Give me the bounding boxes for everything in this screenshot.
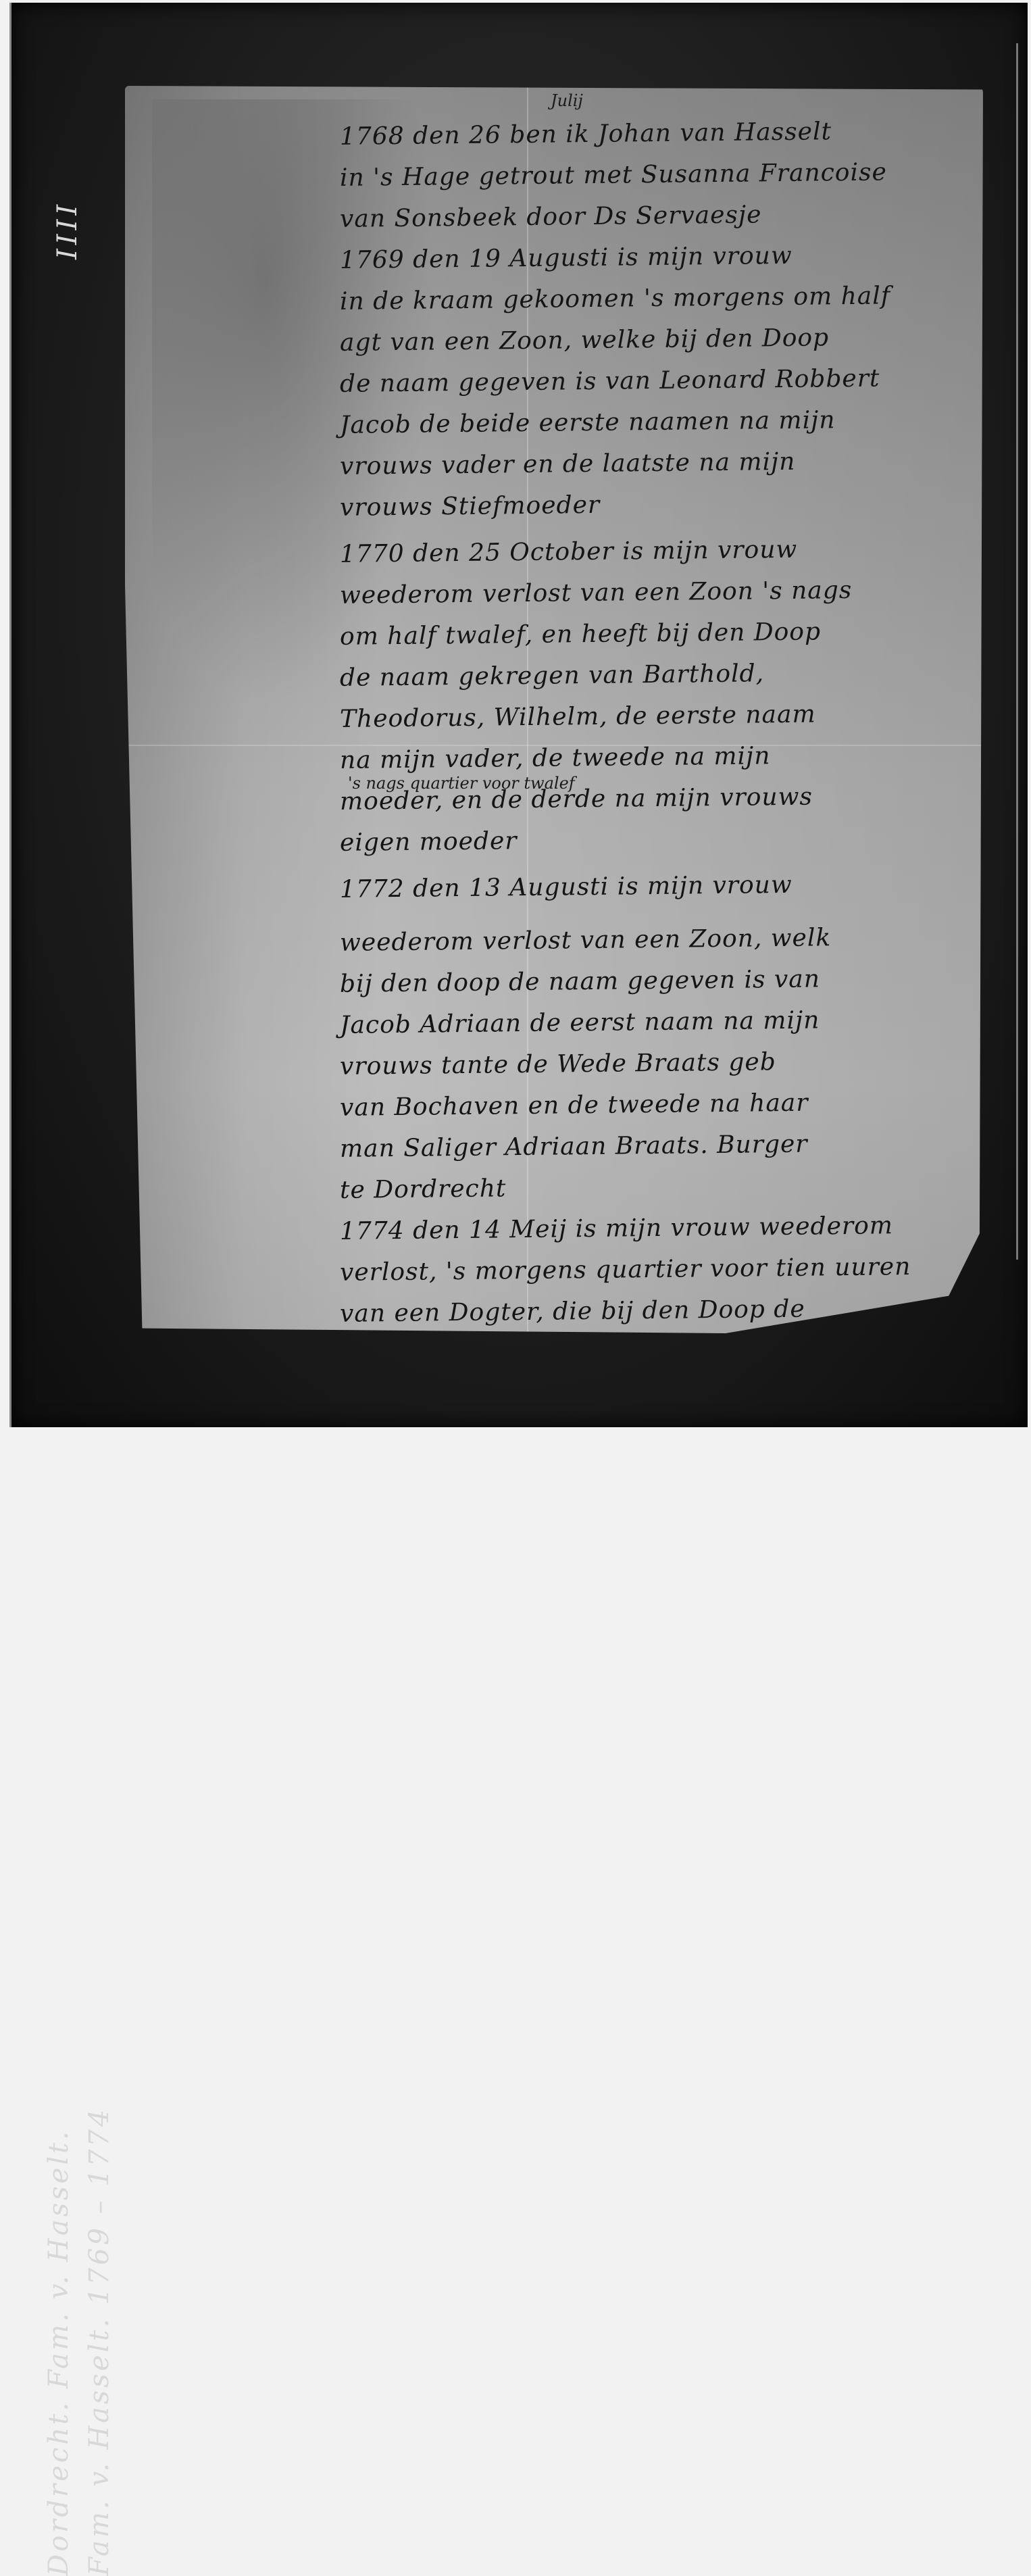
text-line: Theodorus, Wilhelm, de eerste naam — [340, 692, 969, 740]
text-line-birth-1774: 1774 den 14 Meij is mijn vrouw weederom — [340, 1204, 969, 1252]
text-line: de naam gekregen van Barthold, — [340, 651, 969, 699]
text-line: in 's Hage getrout met Susanna Francoise — [340, 151, 969, 199]
text-line: van een Dogter, die bij den Doop de — [340, 1287, 969, 1335]
text-line: na mijn vader, de tweede na mijn — [340, 733, 969, 781]
text-line: Jacob Adriaan de eerst naam na mijn — [340, 998, 969, 1046]
text-line: van Bochaven en de tweede na haar — [340, 1081, 969, 1129]
text-line: naam ontfangen heeft van Anna — [340, 1328, 969, 1376]
paper-sheet: Julij 's nags quartier voor twalef 1768 … — [125, 86, 983, 1333]
text-line: de naam gegeven is van Leonard Robbert — [340, 357, 969, 405]
margin-annotation-line: Dordrecht. Fam. v. Hasselt. — [39, 1360, 79, 1431]
margin-annotation-line: Fam. v. Hasselt. 1769 – 1774 — [79, 1360, 120, 1431]
text-line-birth-1770: 1770 den 25 October is mijn vrouw — [340, 527, 969, 575]
margin-top-marks: IIII — [52, 201, 83, 259]
text-line: weederom verlost van een Zoon 's nags — [340, 568, 969, 616]
text-line: bij den doop de naam gegeven is van — [340, 957, 969, 1005]
text-line: moeder, en de derde na mijn vrouws — [340, 774, 969, 822]
margin-annotation: Dordrecht. Fam. v. Hasselt. Fam. v. Hass… — [39, 1360, 133, 1431]
text-line: van Sonsbeek de laatste naam na tante — [340, 1410, 969, 1431]
text-line: om half twalef, en heeft bij den Doop — [340, 610, 969, 658]
text-line-birth-1772: 1772 den 13 Augusti is mijn vrouw — [340, 862, 969, 910]
text-line: vrouws Stiefmoeder — [340, 480, 969, 528]
text-line-birth-1769: 1769 den 19 Augusti is mijn vrouw — [340, 233, 969, 281]
plate-edge — [1016, 43, 1018, 1260]
text-line: verlost, 's morgens quartier voor tien u… — [340, 1245, 969, 1293]
text-line: weederom verlost van een Zoon, welk — [340, 916, 969, 964]
text-line: vrouws tante de Wede Braats geb — [340, 1039, 969, 1087]
text-line: te Dordrecht — [340, 1163, 969, 1211]
text-line: Jacob de beide eerste naamen na mijn — [340, 398, 969, 446]
glass-plate-frame: Dordrecht. Fam. v. Hasselt. Fam. v. Hass… — [9, 3, 1028, 1427]
interlinear-note-month: Julij — [551, 91, 583, 110]
text-line: eigen moeder — [340, 816, 969, 864]
handwritten-text: 1768 den 26 ben ik Johan van Hasselt in … — [340, 113, 968, 1431]
text-line: vrouws vader en de laatste na mijn — [340, 439, 969, 487]
text-line: man Saliger Adriaan Braats. Burger — [340, 1122, 969, 1170]
text-line: agt van een Zoon, welke bij den Doop — [340, 316, 969, 364]
text-line: Magdalena na mijn vrouws oom J. W. — [340, 1369, 969, 1417]
text-line: van Sonsbeek door Ds Servaesje — [340, 192, 969, 240]
text-line: in de kraam gekoomen 's morgens om half — [340, 274, 969, 322]
text-line-marriage-1768: 1768 den 26 ben ik Johan van Hasselt — [340, 109, 969, 157]
